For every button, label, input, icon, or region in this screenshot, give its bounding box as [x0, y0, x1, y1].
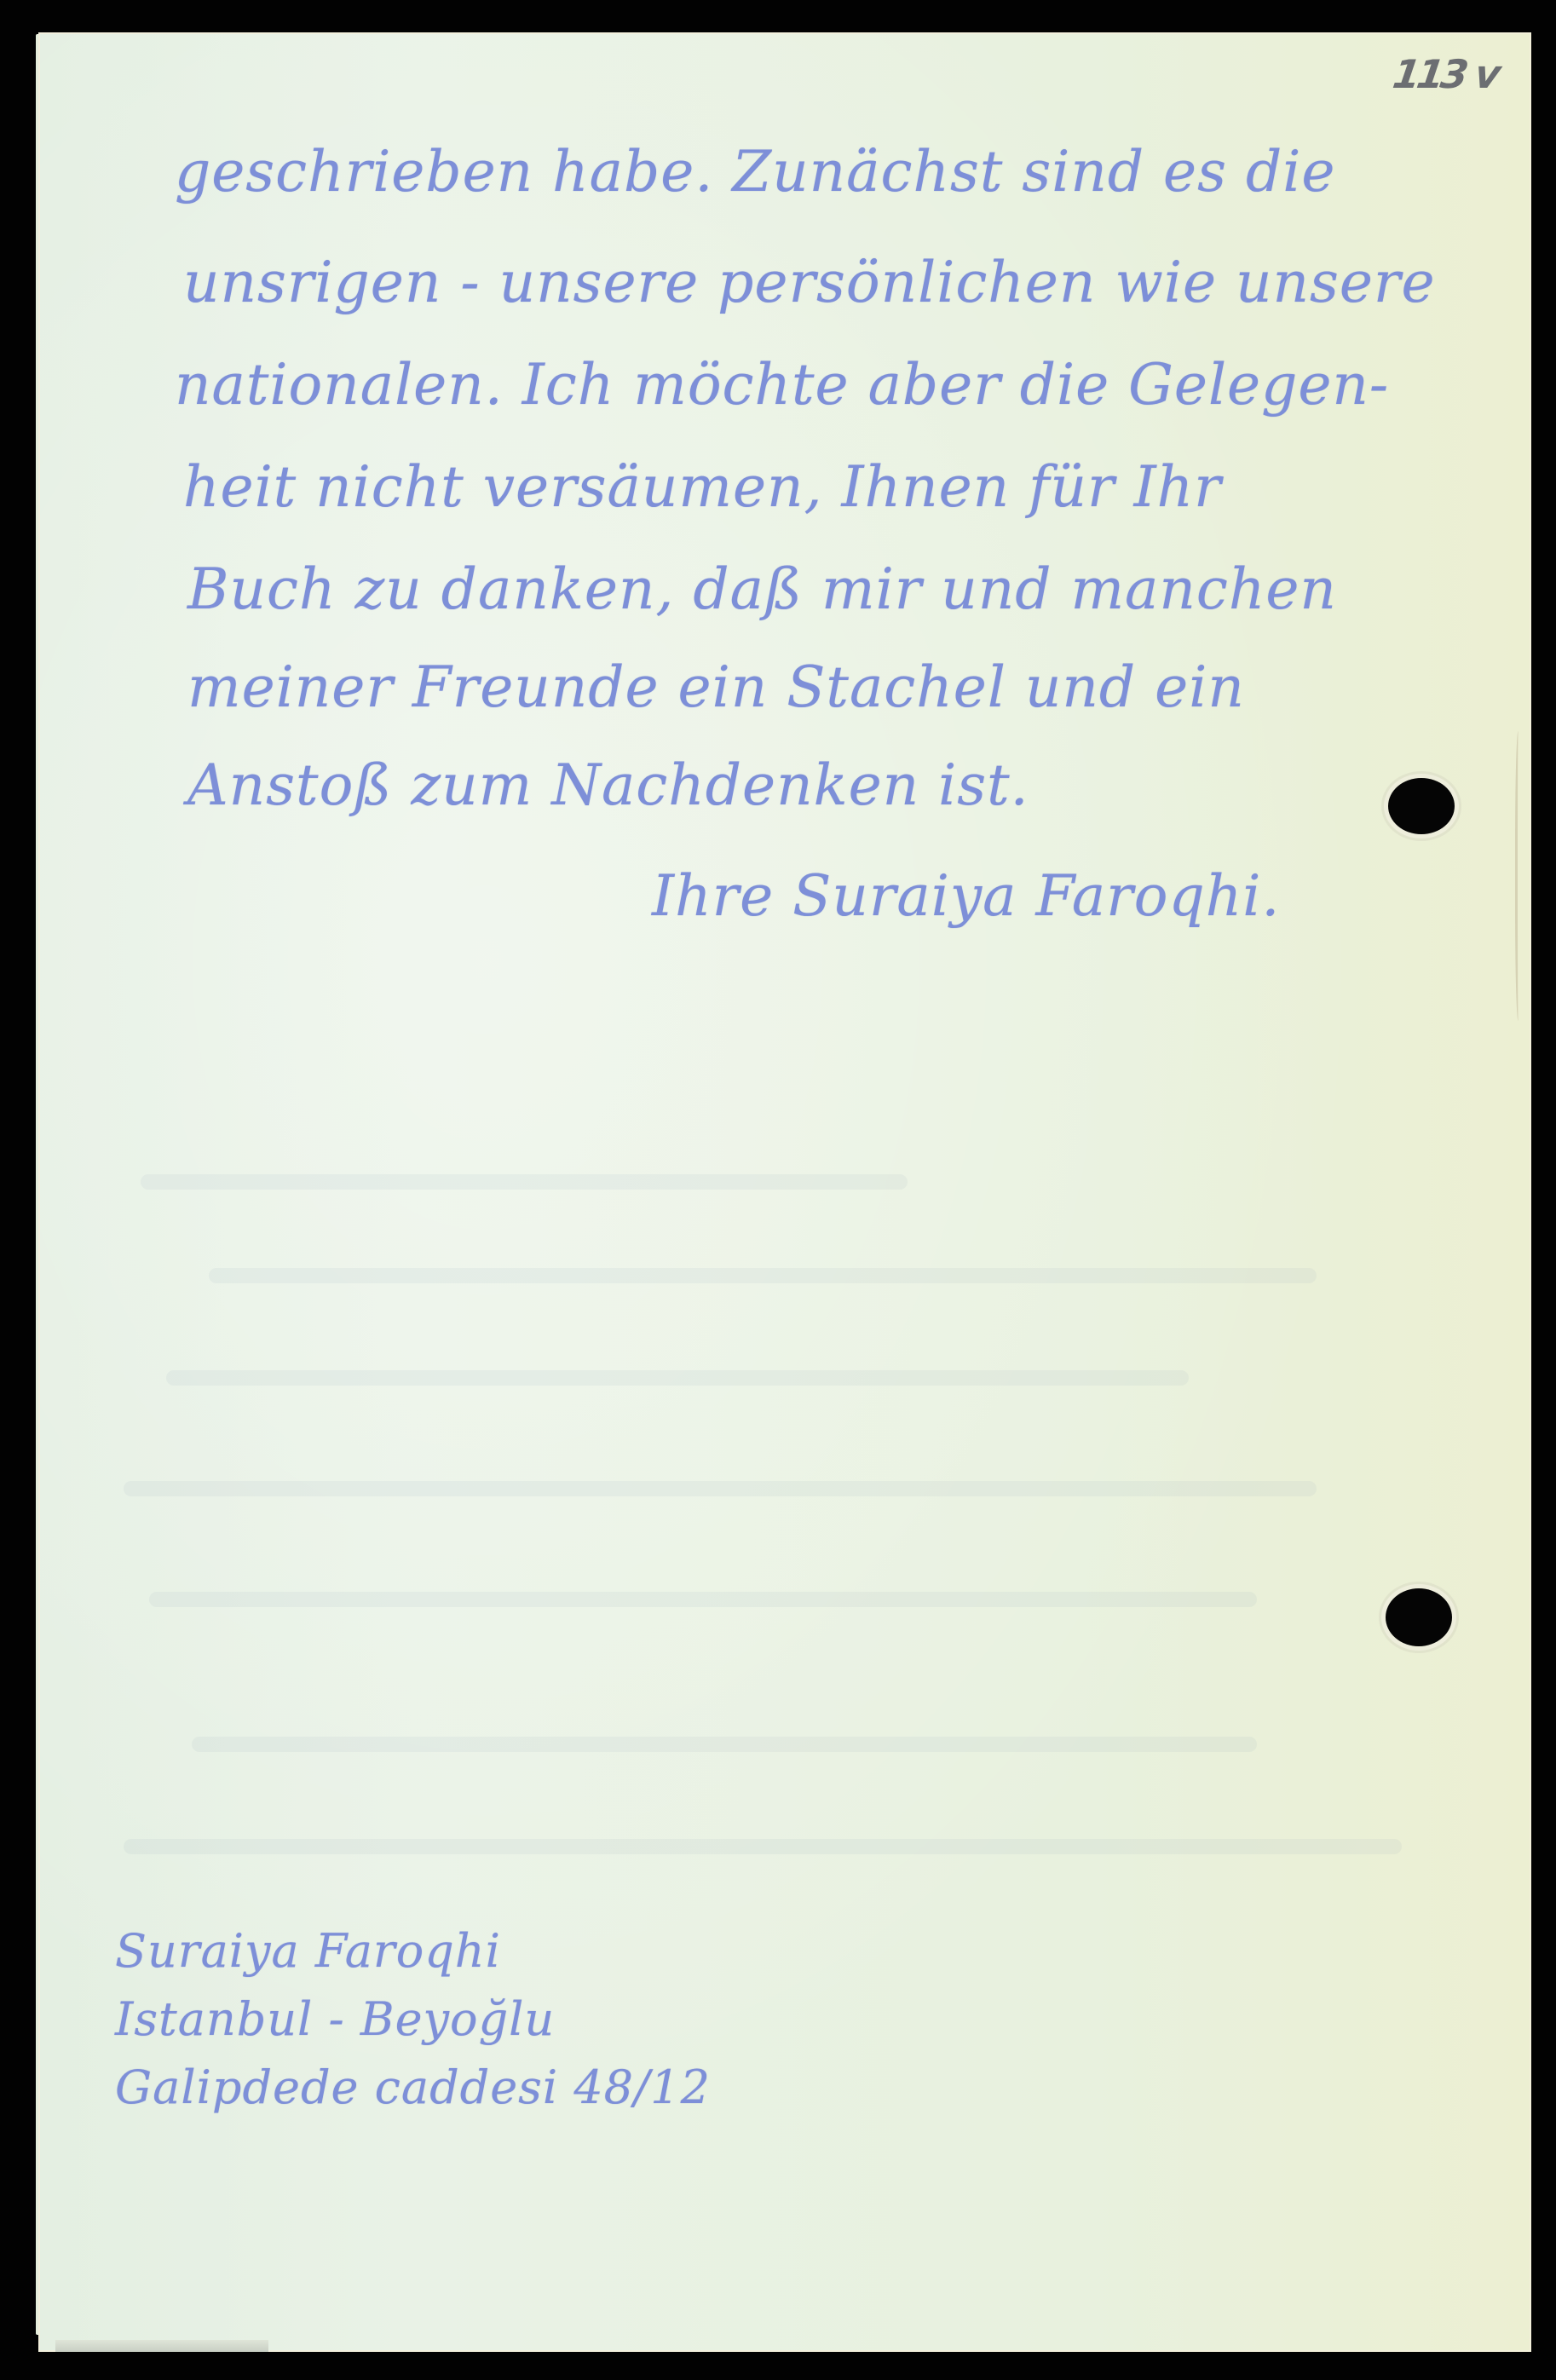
body-line-6: meiner Freunde ein Stachel und ein — [187, 654, 1245, 720]
punch-hole-lower — [1386, 1588, 1452, 1646]
bleed-through-mark — [124, 1481, 1317, 1496]
bleed-through-mark — [192, 1737, 1257, 1752]
paper-bottom-tear — [55, 2340, 268, 2352]
bleed-through-mark — [141, 1174, 908, 1190]
bleed-through-mark — [209, 1268, 1317, 1283]
sender-city: Istanbul - Beyoğlu — [115, 1992, 555, 2046]
closing-signature: Ihre Suraiya Faroqhi. — [652, 863, 1280, 929]
body-line-2: unsrigen - unsere persönlichen wie unser… — [183, 250, 1436, 315]
punch-hole-upper — [1388, 778, 1455, 834]
body-line-1: geschrieben habe. Zunächst sind es die — [175, 139, 1335, 205]
sender-name: Suraiya Faroqhi — [115, 1924, 501, 1978]
body-line-4: heit nicht versäumen, Ihnen für Ihr — [183, 454, 1222, 520]
bleed-through-mark — [166, 1370, 1189, 1386]
paper-fold-mark — [1515, 731, 1523, 1021]
bleed-through-mark — [124, 1839, 1402, 1854]
folio-number: 113 v — [1390, 51, 1501, 97]
body-line-5: Buch zu danken, daß mir und manchen — [187, 556, 1337, 622]
bleed-through-mark — [149, 1592, 1257, 1607]
letter-page: 113 v geschrieben habe. Zunächst sind es… — [38, 32, 1531, 2352]
sender-street: Galipdede caddesi 48/12 — [115, 2060, 711, 2114]
body-line-3: nationalen. Ich möchte aber die Gelegen- — [175, 352, 1389, 418]
body-line-7: Anstoß zum Nachdenken ist. — [187, 752, 1029, 818]
